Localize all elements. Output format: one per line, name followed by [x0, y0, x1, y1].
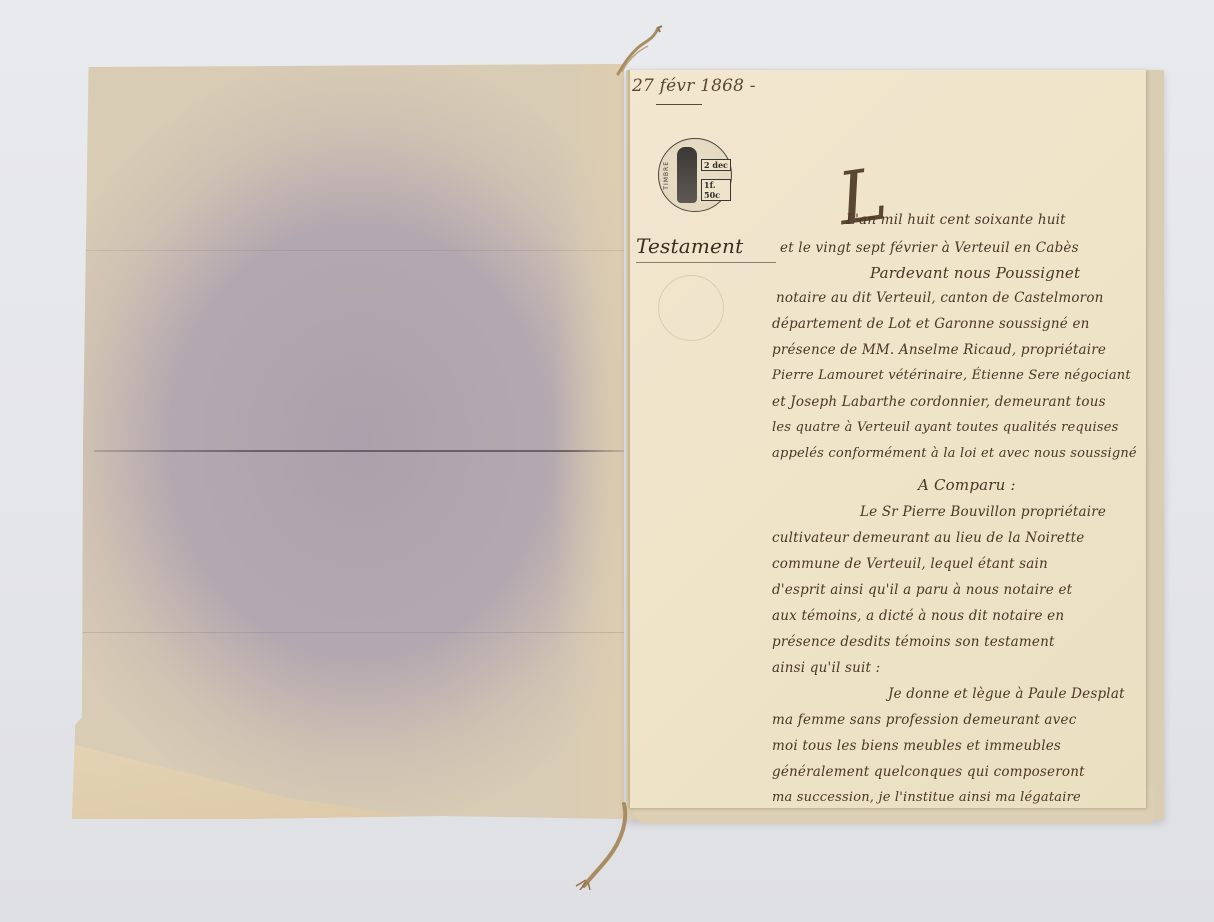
text-line: présence de MM. Anselme Ricaud, propriét… — [772, 342, 1106, 358]
fold-line — [83, 250, 624, 251]
text-line: Pardevant nous Poussignet — [870, 264, 1080, 282]
left-page-cover — [72, 64, 624, 819]
binding-margin — [628, 70, 630, 808]
text-line: Le Sr Pierre Bouvillon propriétaire — [860, 504, 1106, 520]
stamp-label: TIMBRE — [663, 161, 670, 190]
text-line: notaire au dit Verteuil, canton de Caste… — [776, 290, 1104, 306]
right-page-testament: 27 févr 1868 - TIMBRE 2 dec 1f. 50c L Te… — [628, 70, 1146, 808]
justice-figure-icon — [677, 147, 697, 203]
text-line: et le vingt sept février à Verteuil en C… — [780, 240, 1079, 256]
text-line: département de Lot et Garonne soussigné … — [772, 316, 1090, 332]
text-line: ma femme sans profession demeurant avec — [772, 712, 1076, 728]
date-underline — [656, 104, 702, 105]
title-rule — [636, 262, 776, 263]
stamp-value-bottom: 1f. 50c — [701, 179, 731, 201]
text-line: et Joseph Labarthe cordonnier, demeurant… — [772, 394, 1106, 410]
text-line: appelés conformément à la loi et avec no… — [772, 446, 1137, 461]
text-line: L'an mil huit cent soixante huit — [846, 212, 1066, 228]
text-line: A Comparu : — [918, 476, 1016, 494]
fold-crease — [94, 450, 624, 452]
text-line: ainsi qu'il suit : — [772, 660, 880, 676]
text-line: commune de Verteuil, lequel étant sain — [772, 556, 1048, 572]
text-line: ma succession, je l'institue ainsi ma lé… — [772, 790, 1081, 805]
date-note: 27 févr 1868 - — [632, 76, 756, 96]
text-line: les quatre à Verteuil ayant toutes quali… — [772, 420, 1118, 435]
embossed-seal-icon — [658, 275, 724, 341]
text-line: présence desdits témoins son testament — [772, 634, 1055, 650]
binding-string-top-icon — [614, 24, 666, 76]
stamp-value-top: 2 dec — [701, 159, 731, 171]
timbre-stamp-icon: TIMBRE 2 dec 1f. 50c — [658, 138, 732, 212]
purple-stain — [72, 64, 624, 819]
text-line: généralement quelconques qui composeront — [772, 764, 1085, 780]
text-line: aux témoins, a dicté à nous dit notaire … — [772, 608, 1064, 624]
spine-shade — [554, 64, 624, 819]
document-photo: 27 févr 1868 - TIMBRE 2 dec 1f. 50c L Te… — [0, 0, 1214, 922]
document-title: Testament — [636, 234, 743, 258]
text-line: d'esprit ainsi qu'il a paru à nous notai… — [772, 582, 1072, 598]
text-line: Je donne et lègue à Paule Desplat — [888, 686, 1125, 702]
fold-line — [83, 632, 624, 633]
text-line: Pierre Lamouret vétérinaire, Étienne Ser… — [772, 368, 1131, 383]
text-line: cultivateur demeurant au lieu de la Noir… — [772, 530, 1084, 546]
binding-string-bottom-icon — [572, 800, 632, 890]
text-line: moi tous les biens meubles et immeubles — [772, 738, 1061, 754]
